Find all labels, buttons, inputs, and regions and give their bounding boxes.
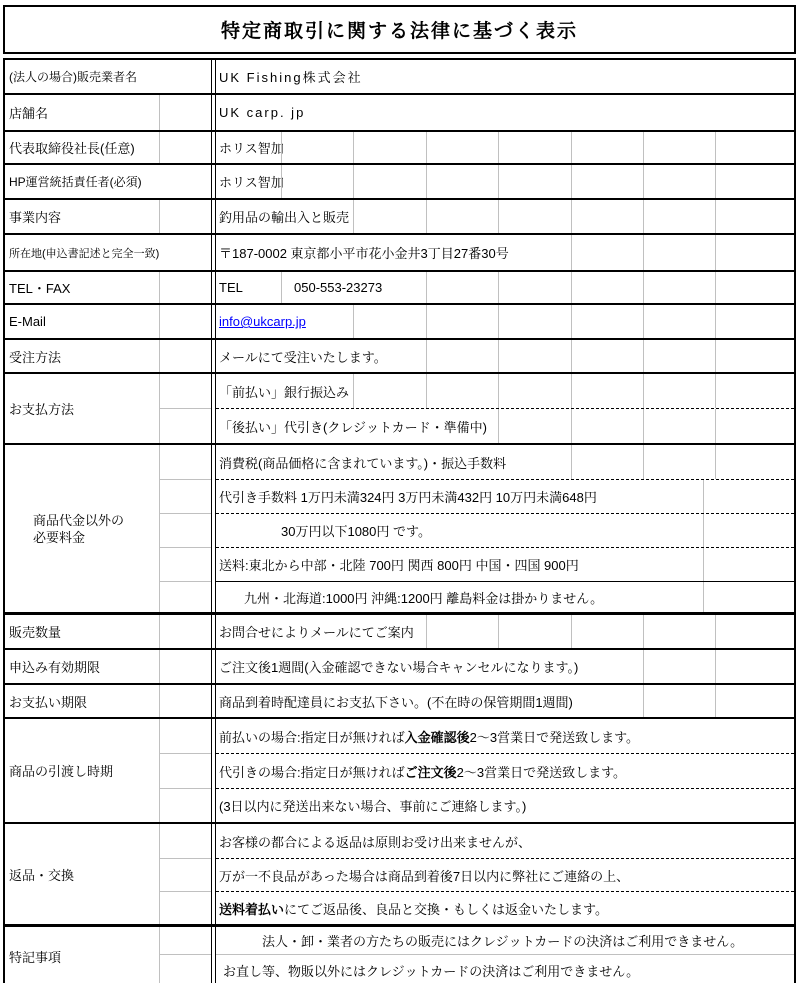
- disclosure-page: 特定商取引に関する法律に基づく表示 (法人の場合)販売業者名 UK Fishin…: [0, 0, 801, 983]
- label-substub: [159, 547, 211, 548]
- row-ceo-label: 代表取締役社長(任意): [9, 138, 135, 157]
- fees-line-2: 代引き手数料 1万円未満324円 3万円未満432円 10万円未満648円: [216, 480, 794, 514]
- cell-gridline: [715, 165, 716, 198]
- row-seller-label: (法人の場合)販売業者名: [9, 68, 137, 85]
- cell-gridline: [571, 165, 572, 198]
- label-substub: [159, 408, 211, 409]
- cell-gridline: [715, 445, 716, 479]
- fees-line-2-text: 代引き手数料 1万円未満324円 3万円未満432円 10万円未満648円: [219, 487, 597, 506]
- cell-gridline: [571, 272, 572, 303]
- tel-label: TEL: [219, 280, 284, 295]
- cell-gridline: [715, 272, 716, 303]
- delivery-line-2: 代引きの場合:指定日が無ければご注文後2～3営業日で発送致します。: [216, 754, 794, 789]
- row-seller-value: UK Fishing株式会社: [219, 67, 363, 86]
- delivery-line-2-text: 代引きの場合:指定日が無ければご注文後2～3営業日で発送致します。: [219, 762, 626, 781]
- returns-line-2-text: 万が一不良品があった場合は商品到着後7日以内に弊社にご連絡の上、: [219, 866, 629, 885]
- row-tel-fax-value-cell: TEL 050-553-23273: [215, 272, 794, 303]
- cell-gridline: [643, 650, 644, 683]
- row-address-value: 〒187-0002 東京都小平市花小金井3丁目27番30号: [219, 243, 509, 262]
- row-email-label-cell: E-Mail: [5, 305, 212, 338]
- row-shop-label: 店舗名: [9, 103, 48, 122]
- cell-gridline: [715, 305, 716, 338]
- row-seller-label-cell: (法人の場合)販売業者名: [5, 60, 212, 93]
- group-fees-label-cell: 商品代金以外の 必要料金: [5, 445, 212, 612]
- row-address: 所在地(申込書記述と完全一致) 〒187-0002 東京都小平市花小金井3丁目2…: [5, 235, 794, 272]
- row-shop-label-cell: 店舗名: [5, 95, 212, 130]
- delivery-line-2-post: 2～3営業日で発送致します。: [457, 765, 626, 780]
- label-gridline: [159, 200, 160, 233]
- cell-gridline: [643, 200, 644, 233]
- label-substub: [159, 753, 211, 754]
- page-title: 特定商取引に関する法律に基づく表示: [3, 5, 796, 54]
- cell-gridline: [715, 200, 716, 233]
- cell-gridline: [353, 165, 354, 198]
- cell-gridline: [571, 409, 572, 443]
- returns-line-3-post: にてご返品後、良品と交換・もしくは返金いたします。: [284, 902, 608, 917]
- group-payment: お支払方法 「前払い」銀行振込み 「後払い」代引き(クレジットカード・準備中): [5, 374, 794, 445]
- cell-gridline: [281, 132, 282, 163]
- cell-gridline: [643, 305, 644, 338]
- returns-line-3-text: 送料着払いにてご返品後、良品と交換・もしくは返金いたします。: [219, 899, 608, 918]
- cell-gridline: [498, 615, 499, 648]
- fees-line-4: 送料:東北から中部・北陸 700円 関西 800円 中国・四国 900円: [216, 548, 794, 582]
- row-validity: 申込み有効期限 ご注文後1週間(入金確認できない場合キャンセルになります。): [5, 650, 794, 685]
- group-fees-label: 商品代金以外の 必要料金: [9, 512, 124, 546]
- label-gridline: [159, 685, 160, 717]
- cell-gridline: [715, 685, 716, 717]
- row-payment-due: お支払い期限 商品到着時配達員にお支払下さい。(不在時の保管期間1週間): [5, 685, 794, 719]
- tel-number: 050-553-23273: [284, 280, 382, 295]
- delivery-line-1: 前払いの場合:指定日が無ければ入金確認後2～3営業日で発送致します。: [216, 719, 794, 754]
- group-returns: 返品・交換 お客様の都合による返品は原則お受け出来ませんが、 万が一不良品があっ…: [5, 824, 794, 927]
- row-validity-label: 申込み有効期限: [9, 657, 100, 676]
- fees-line-1: 消費税(商品価格に含まれています。)・振込手数料: [216, 445, 794, 480]
- row-email: E-Mail info@ukcarp.jp: [5, 305, 794, 340]
- returns-line-1: お客様の都合による返品は原則お受け出来ませんが、: [216, 824, 794, 859]
- row-validity-label-cell: 申込み有効期限: [5, 650, 212, 683]
- group-notes-label-cell: 特記事項: [5, 927, 212, 983]
- cell-gridline: [643, 409, 644, 443]
- row-payment-due-label: お支払い期限: [9, 692, 87, 711]
- row-business-value: 釣用品の輸出入と販売: [219, 207, 349, 226]
- row-shop-value: UK carp. jp: [219, 105, 305, 120]
- cell-gridline: [571, 615, 572, 648]
- cell-gridline: [426, 200, 427, 233]
- group-payment-label: お支払方法: [9, 399, 74, 418]
- row-address-value-cell: 〒187-0002 東京都小平市花小金井3丁目27番30号: [215, 235, 794, 270]
- delivery-line-1-bold: 入金確認後: [405, 730, 470, 745]
- cell-gridline: [715, 340, 716, 372]
- cell-gridline: [643, 374, 644, 408]
- label-gridline: [159, 650, 160, 683]
- row-quantity-value-cell: お問合せによりメールにてご案内: [215, 615, 794, 648]
- cell-gridline: [643, 272, 644, 303]
- cell-gridline: [643, 615, 644, 648]
- fees-line-1-text: 消費税(商品価格に含まれています。)・振込手数料: [219, 453, 506, 472]
- cell-gridline: [426, 374, 427, 408]
- group-delivery-label: 商品の引渡し時期: [9, 761, 113, 780]
- fees-line-4-text: 送料:東北から中部・北陸 700円 関西 800円 中国・四国 900円: [219, 555, 579, 574]
- row-quantity-label: 販売数量: [9, 622, 61, 641]
- notes-line-1: 法人・卸・業者の方たちの販売にはクレジットカードの決済はご利用できません。: [216, 927, 794, 955]
- cell-gridline: [715, 615, 716, 648]
- row-tel-fax: TEL・FAX TEL 050-553-23273: [5, 272, 794, 305]
- cell-gridline: [643, 685, 644, 717]
- cell-gridline: [571, 132, 572, 163]
- label-gridline: [159, 132, 160, 163]
- cell-gridline: [426, 615, 427, 648]
- label-substub: [159, 513, 211, 514]
- payment-line-2-text: 「後払い」代引き(クレジットカード・準備中): [219, 417, 487, 436]
- group-delivery: 商品の引渡し時期 前払いの場合:指定日が無ければ入金確認後2～3営業日で発送致し…: [5, 719, 794, 824]
- row-tel-fax-label: TEL・FAX: [9, 278, 70, 297]
- row-payment-due-value-cell: 商品到着時配達員にお支払下さい。(不在時の保管期間1週間): [215, 685, 794, 717]
- label-gridline: [159, 719, 160, 822]
- row-quantity-label-cell: 販売数量: [5, 615, 212, 648]
- delivery-line-1-post: 2～3営業日で発送致します。: [470, 730, 639, 745]
- cell-gridline: [715, 650, 716, 683]
- cell-gridline: [353, 200, 354, 233]
- row-seller: (法人の場合)販売業者名 UK Fishing株式会社: [5, 60, 794, 95]
- row-quantity-value: お問合せによりメールにてご案内: [219, 622, 414, 641]
- row-email-label: E-Mail: [9, 314, 46, 329]
- cell-gridline: [715, 132, 716, 163]
- cell-gridline: [498, 165, 499, 198]
- cell-gridline: [571, 235, 572, 270]
- row-hp-manager-value-cell: ホリス智加: [215, 165, 794, 198]
- label-gridline: [159, 615, 160, 648]
- row-business-label-cell: 事業内容: [5, 200, 212, 233]
- cell-gridline: [498, 272, 499, 303]
- row-validity-value-cell: ご注文後1週間(入金確認できない場合キャンセルになります。): [215, 650, 794, 683]
- group-fees: 商品代金以外の 必要料金 消費税(商品価格に含まれています。)・振込手数料 代引…: [5, 445, 794, 615]
- row-hp-manager-value: ホリス智加: [219, 172, 284, 191]
- cell-gridline: [426, 340, 427, 372]
- label-gridline: [159, 445, 160, 612]
- cell-gridline: [715, 235, 716, 270]
- label-substub: [159, 581, 211, 582]
- delivery-line-2-pre: 代引きの場合:指定日が無ければ: [219, 765, 405, 780]
- delivery-line-2-bold: ご注文後: [405, 765, 457, 780]
- row-seller-value-cell: UK Fishing株式会社: [215, 60, 794, 93]
- returns-line-2: 万が一不良品があった場合は商品到着後7日以内に弊社にご連絡の上、: [216, 859, 794, 892]
- returns-line-1-text: お客様の都合による返品は原則お受け出来ませんが、: [219, 832, 531, 851]
- group-payment-label-cell: お支払方法: [5, 374, 212, 443]
- fees-line-3: 30万円以下1080円 です。: [216, 514, 794, 548]
- cell-gridline: [715, 374, 716, 408]
- row-shop-value-cell: UK carp. jp: [215, 95, 794, 130]
- cell-gridline: [571, 305, 572, 338]
- notes-line-2-text: お直し等、物販以外にはクレジットカードの決済はご利用できません。: [223, 961, 639, 980]
- email-link[interactable]: info@ukcarp.jp: [219, 314, 306, 329]
- group-fees-values: 消費税(商品価格に含まれています。)・振込手数料 代引き手数料 1万円未満324…: [215, 445, 794, 612]
- label-gridline: [159, 272, 160, 303]
- delivery-line-3-text: (3日以内に発送出来ない場合、事前にご連絡します。): [219, 796, 526, 815]
- page-title-text: 特定商取引に関する法律に基づく表示: [221, 16, 578, 43]
- label-gridline: [159, 305, 160, 338]
- row-ceo-value-cell: ホリス智加: [215, 132, 794, 163]
- row-address-label: 所在地(申込書記述と完全一致): [9, 245, 159, 261]
- row-hp-manager-label: HP運営統括責任者(必須): [9, 173, 142, 190]
- notes-line-2: お直し等、物販以外にはクレジットカードの決済はご利用できません。: [216, 955, 794, 983]
- group-returns-label-cell: 返品・交換: [5, 824, 212, 924]
- cell-gridline: [571, 374, 572, 408]
- cell-gridline: [426, 272, 427, 303]
- group-notes: 特記事項 法人・卸・業者の方たちの販売にはクレジットカードの決済はご利用できませ…: [5, 927, 794, 983]
- row-order-method: 受注方法 メールにて受注いたします。: [5, 340, 794, 374]
- row-ceo: 代表取締役社長(任意) ホリス智加: [5, 132, 794, 165]
- disclosure-table: (法人の場合)販売業者名 UK Fishing株式会社 店舗名 UK carp.…: [3, 58, 796, 983]
- row-order-method-label: 受注方法: [9, 347, 61, 366]
- label-substub: [159, 891, 211, 892]
- label-gridline: [159, 927, 160, 983]
- label-substub: [159, 954, 211, 955]
- label-gridline: [159, 95, 160, 130]
- cell-gridline: [643, 445, 644, 479]
- returns-line-3: 送料着払いにてご返品後、良品と交換・もしくは返金いたします。: [216, 892, 794, 924]
- cell-gridline: [571, 445, 572, 479]
- cell-gridline: [571, 340, 572, 372]
- fees-line-5: 九州・北海道:1000円 沖縄:1200円 離島料金は掛かりません。: [216, 582, 794, 612]
- group-fees-label-line1: 商品代金以外の: [33, 513, 124, 528]
- group-delivery-values: 前払いの場合:指定日が無ければ入金確認後2～3営業日で発送致します。 代引きの場…: [215, 719, 794, 822]
- cell-gridline: [498, 305, 499, 338]
- payment-line-2: 「後払い」代引き(クレジットカード・準備中): [216, 409, 794, 443]
- cell-gridline: [643, 132, 644, 163]
- label-substub: [159, 858, 211, 859]
- row-hp-manager-label-cell: HP運営統括責任者(必須): [5, 165, 212, 198]
- row-business-value-cell: 釣用品の輸出入と販売: [215, 200, 794, 233]
- cell-gridline: [643, 165, 644, 198]
- cell-gridline: [498, 340, 499, 372]
- group-notes-values: 法人・卸・業者の方たちの販売にはクレジットカードの決済はご利用できません。 お直…: [215, 927, 794, 983]
- row-validity-value: ご注文後1週間(入金確認できない場合キャンセルになります。): [219, 657, 578, 676]
- row-order-method-value: メールにて受注いたします。: [219, 347, 387, 366]
- delivery-line-1-pre: 前払いの場合:指定日が無ければ: [219, 730, 405, 745]
- row-hp-manager: HP運営統括責任者(必須) ホリス智加: [5, 165, 794, 200]
- payment-line-1-text: 「前払い」銀行振込み: [219, 382, 349, 401]
- cell-gridline: [498, 132, 499, 163]
- group-payment-values: 「前払い」銀行振込み 「後払い」代引き(クレジットカード・準備中): [215, 374, 794, 443]
- row-ceo-label-cell: 代表取締役社長(任意): [5, 132, 212, 163]
- group-delivery-label-cell: 商品の引渡し時期: [5, 719, 212, 822]
- label-gridline: [159, 824, 160, 924]
- row-tel-fax-label-cell: TEL・FAX: [5, 272, 212, 303]
- label-substub: [159, 479, 211, 480]
- row-business: 事業内容 釣用品の輸出入と販売: [5, 200, 794, 235]
- payment-line-1: 「前払い」銀行振込み: [216, 374, 794, 409]
- delivery-line-3: (3日以内に発送出来ない場合、事前にご連絡します。): [216, 789, 794, 822]
- row-quantity: 販売数量 お問合せによりメールにてご案内: [5, 615, 794, 650]
- cell-gridline: [353, 305, 354, 338]
- label-substub: [159, 788, 211, 789]
- cell-gridline: [498, 409, 499, 443]
- label-gridline: [159, 340, 160, 372]
- fees-line-5-text: 九州・北海道:1000円 沖縄:1200円 離島料金は掛かりません。: [244, 588, 603, 607]
- cell-gridline: [281, 272, 282, 303]
- notes-line-1-text: 法人・卸・業者の方たちの販売にはクレジットカードの決済はご利用できません。: [262, 931, 743, 950]
- row-address-label-cell: 所在地(申込書記述と完全一致): [5, 235, 212, 270]
- cell-gridline: [426, 305, 427, 338]
- cell-gridline: [281, 165, 282, 198]
- row-payment-due-value: 商品到着時配達員にお支払下さい。(不在時の保管期間1週間): [219, 692, 573, 711]
- group-returns-values: お客様の都合による返品は原則お受け出来ませんが、 万が一不良品があった場合は商品…: [215, 824, 794, 924]
- cell-gridline: [715, 409, 716, 443]
- returns-line-3-bold: 送料着払い: [219, 902, 284, 917]
- group-notes-label: 特記事項: [9, 947, 61, 966]
- row-business-label: 事業内容: [9, 207, 61, 226]
- cell-gridline: [498, 374, 499, 408]
- delivery-line-1-text: 前払いの場合:指定日が無ければ入金確認後2～3営業日で発送致します。: [219, 727, 639, 746]
- row-order-method-label-cell: 受注方法: [5, 340, 212, 372]
- group-fees-label-line2: 必要料金: [33, 530, 85, 545]
- cell-gridline: [426, 165, 427, 198]
- group-returns-label: 返品・交換: [9, 865, 74, 884]
- cell-gridline: [643, 235, 644, 270]
- cell-gridline: [353, 374, 354, 408]
- row-email-value-cell: info@ukcarp.jp: [215, 305, 794, 338]
- cell-gridline: [643, 340, 644, 372]
- cell-gridline: [426, 132, 427, 163]
- row-ceo-value: ホリス智加: [219, 138, 284, 157]
- row-order-method-value-cell: メールにて受注いたします。: [215, 340, 794, 372]
- cell-gridline: [571, 200, 572, 233]
- cell-gridline: [353, 132, 354, 163]
- cell-gridline: [498, 200, 499, 233]
- fees-line-3-text: 30万円以下1080円 です。: [281, 521, 431, 540]
- row-payment-due-label-cell: お支払い期限: [5, 685, 212, 717]
- row-shop: 店舗名 UK carp. jp: [5, 95, 794, 132]
